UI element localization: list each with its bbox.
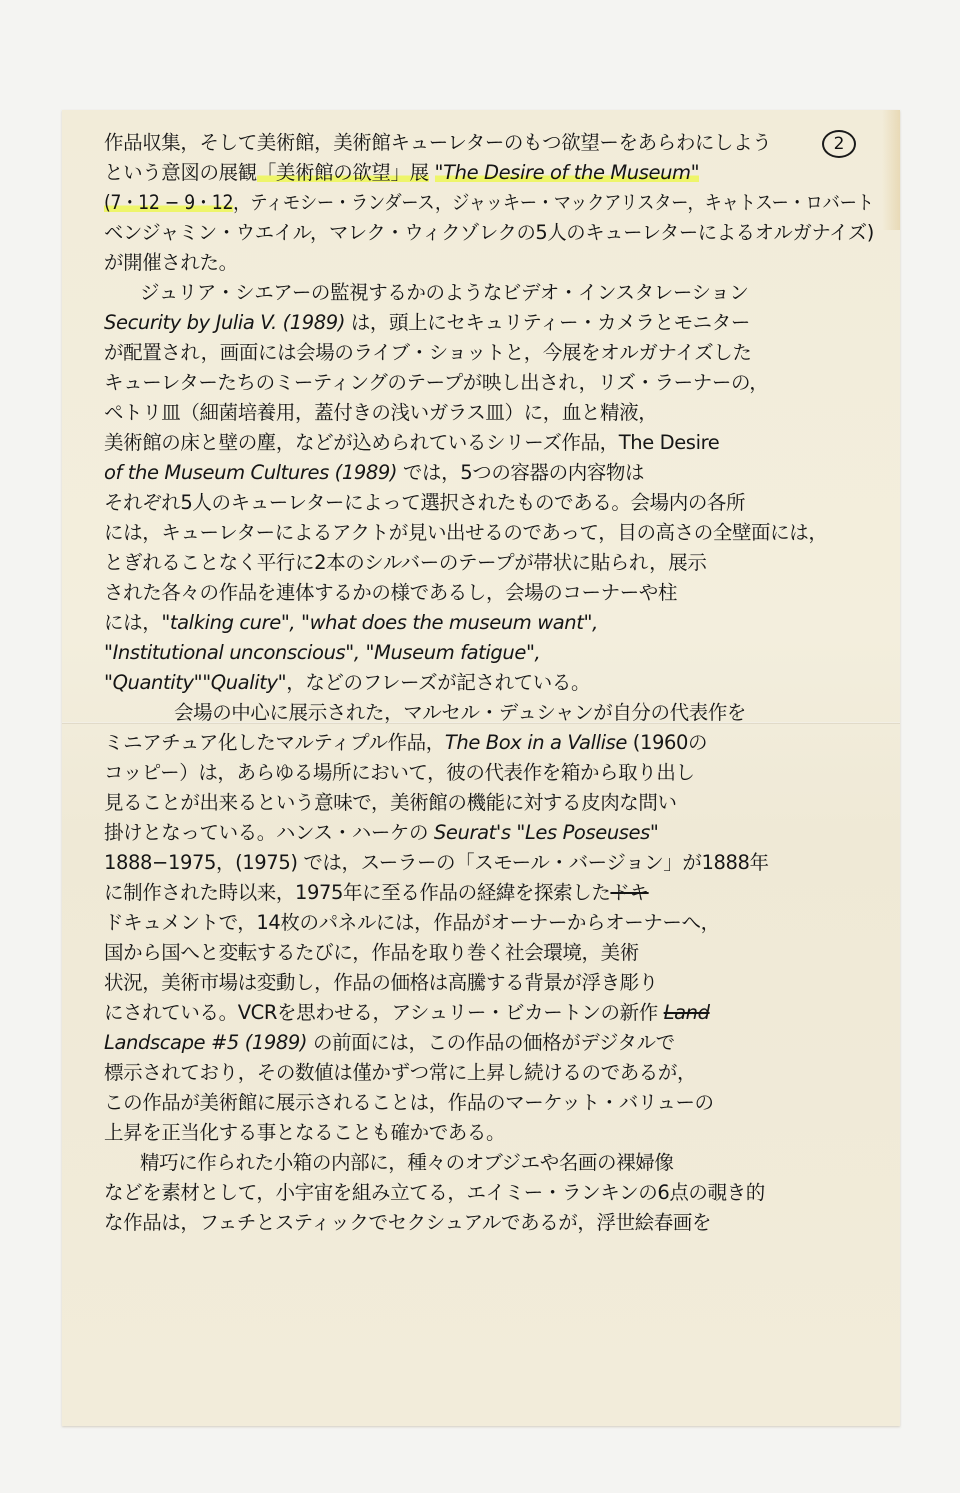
manuscript-line: "Institutional unconscious", "Museum fat… [104, 638, 874, 668]
line-text [429, 161, 435, 184]
manuscript-line: とぎれることなく平行に2本のシルバーのテープが帯状に貼られ，展示 [104, 548, 874, 578]
highlighted-exhibition-title-en: "The Desire of the Museum" [435, 161, 700, 184]
quoted-phrases: "talking cure", "what does the museum wa… [161, 611, 598, 634]
line-text: 会場の中心に展示された，マルセル・デュシャンが自分の代表作を [174, 701, 746, 724]
manuscript-line: ドキュメントで，14枚のパネルには，作品がオーナーからオーナーへ， [104, 908, 874, 938]
manuscript-line: に制作された時以来，1975年に至る作品の経緯を探索したドキ [104, 878, 874, 908]
handwritten-manuscript-page: 2 作品収集，そして美術館，美術館キューレターのもつ欲望ーをあらわにしよう とい… [62, 110, 900, 1426]
manuscript-line: ジュリア・シエアーの監視するかのようなビデオ・インスタレーション [104, 278, 874, 308]
manuscript-line: コッピー）は，あらゆる場所において，彼の代表作を箱から取り出し [104, 758, 874, 788]
line-text: 状況，美術市場は変動し，作品の価格は高騰する背景が浮き彫り [104, 971, 658, 994]
line-text: が配置され，画面には会場のライブ・ショットと，今展をオルガナイズした [104, 341, 751, 364]
line-text: 作品収集，そして美術館，美術館キューレターのもつ欲望ーをあらわにしよう [104, 131, 771, 154]
line-text: 見ることが出来るという意味で，美術館の機能に対する皮肉な問い [104, 791, 677, 814]
line-text: 上昇を正当化する事となることも確かである。 [104, 1121, 505, 1144]
quoted-phrases: "Institutional unconscious", "Museum fat… [104, 641, 540, 664]
line-text: この作品が美術館に展示されることは，作品のマーケット・バリューの [104, 1091, 714, 1114]
manuscript-line: 美術館の床と壁の塵，などが込められているシリーズ作品，The Desire [104, 428, 874, 458]
artwork-title: The Box in a Vallise [445, 731, 627, 754]
manuscript-line: "Quantity""Quality"，などのフレーズが記されている。 [104, 668, 874, 698]
line-text: それぞれ5人のキューレターによって選択されたものである。会場内の各所 [104, 491, 745, 514]
artwork-title: of the Museum Cultures (1989) [104, 461, 397, 484]
line-text: な作品は，フェチとスティックでセクシュアルであるが，浮世絵春画を [104, 1211, 711, 1234]
line-text: ドキュメントで，14枚のパネルには，作品がオーナーからオーナーへ， [104, 911, 720, 934]
line-text: などを素材として，小宇宙を組み立てる，エイミー・ランキンの6点の覗き的 [104, 1181, 765, 1204]
manuscript-line: が開催された。 [104, 248, 874, 278]
manuscript-line: という意図の展観「美術館の欲望」展 "The Desire of the Mus… [104, 158, 874, 188]
manuscript-line: Landscape #5 (1989) の前面には，この作品の価格がデジタルで [104, 1028, 874, 1058]
line-text: 国から国へと変転するたびに，作品を取り巻く社会環境，美術 [104, 941, 639, 964]
manuscript-line: な作品は，フェチとスティックでセクシュアルであるが，浮世絵春画を [104, 1208, 874, 1238]
manuscript-line: 掛けとなっている。ハンス・ハーケの Seurat's "Les Poseuses… [104, 818, 874, 848]
line-text: 1888−1975，(1975) では，スーラーの「スモール・バージョン」が18… [104, 851, 769, 874]
manuscript-line: 会場の中心に展示された，マルセル・デュシャンが自分の代表作を [104, 698, 874, 728]
manuscript-line: 状況，美術市場は変動し，作品の価格は高騰する背景が浮き彫り [104, 968, 874, 998]
manuscript-line: 精巧に作られた小箱の内部に，種々のオブジエや名画の裸婦像 [104, 1148, 874, 1178]
artwork-title: Seurat's "Les Poseuses" [434, 821, 659, 844]
manuscript-body: 作品収集，そして美術館，美術館キューレターのもつ欲望ーをあらわにしよう という意… [104, 128, 874, 1238]
line-text: ，などのフレーズが記されている。 [286, 671, 590, 694]
line-text: が開催された。 [104, 251, 238, 274]
line-text: 掛けとなっている。ハンス・ハーケの [104, 821, 434, 844]
line-text: ミニアチュア化したマルティプル作品， [104, 731, 445, 754]
manuscript-line: にされている。VCRを思わせる，アシュリー・ビカートンの新作 Land [104, 998, 874, 1028]
line-text: ジュリア・シエアーの監視するかのようなビデオ・インスタレーション [140, 281, 748, 304]
line-text: とぎれることなく平行に2本のシルバーのテープが帯状に貼られ，展示 [104, 551, 706, 574]
artwork-title: Landscape #5 (1989) [104, 1031, 307, 1054]
line-text: コッピー）は，あらゆる場所において，彼の代表作を箱から取り出し [104, 761, 695, 784]
line-text: には， [104, 611, 161, 634]
manuscript-line: この作品が美術館に展示されることは，作品のマーケット・バリューの [104, 1088, 874, 1118]
manuscript-line: of the Museum Cultures (1989) では，5つの容器の内… [104, 458, 874, 488]
manuscript-line: が配置され，画面には会場のライブ・ショットと，今展をオルガナイズした [104, 338, 874, 368]
manuscript-line: (7・12 − 9・12，ティモシー・ランダース，ジャッキー・マックアリスター，… [104, 188, 790, 218]
manuscript-line: Security by Julia V. (1989) は，頭上にセキュリティー… [104, 308, 874, 338]
manuscript-line: された各々の作品を連体するかの様であるし，会場のコーナーや柱 [104, 578, 874, 608]
line-text: 標示されており，その数値は僅かずつ常に上昇し続けるのであるが， [104, 1061, 696, 1084]
line-text: キューレターたちのミーティングのテープが映し出され，リズ・ラーナーの， [104, 371, 768, 394]
line-text: ，ティモシー・ランダース，ジャッキー・マックアリスター，キャトスー・ロバート [233, 191, 873, 214]
manuscript-line: 上昇を正当化する事となることも確かである。 [104, 1118, 874, 1148]
highlighted-exhibition-title-ja: 「美術館の欲望」展 [257, 161, 429, 184]
line-text: 美術館の床と壁の塵，などが込められているシリーズ作品，The Desire [104, 431, 719, 454]
struck-out-text: Land [664, 1001, 710, 1024]
manuscript-line: などを素材として，小宇宙を組み立てる，エイミー・ランキンの6点の覗き的 [104, 1178, 874, 1208]
quoted-phrases: "Quantity""Quality" [104, 671, 286, 694]
manuscript-line: 見ることが出来るという意味で，美術館の機能に対する皮肉な問い [104, 788, 874, 818]
manuscript-line: 1888−1975，(1975) では，スーラーの「スモール・バージョン」が18… [104, 848, 874, 878]
line-text: に制作された時以来，1975年に至る作品の経緯を探索した [104, 881, 610, 904]
manuscript-line: 標示されており，その数値は僅かずつ常に上昇し続けるのであるが， [104, 1058, 874, 1088]
line-text: 精巧に作られた小箱の内部に，種々のオブジエや名画の裸婦像 [140, 1151, 673, 1174]
line-text: の前面には，この作品の価格がデジタルで [307, 1031, 675, 1054]
line-text: は，頭上にセキュリティー・カメラとモニター [345, 311, 750, 334]
manuscript-line: には，"talking cure", "what does the museum… [104, 608, 874, 638]
manuscript-line: ベンジャミン・ウエイル，マレク・ウィクゾレクの5人のキューレターによるオルガナイ… [104, 218, 868, 248]
manuscript-line: キューレターたちのミーティングのテープが映し出され，リズ・ラーナーの， [104, 368, 874, 398]
line-text: という意図の展観 [104, 161, 257, 184]
manuscript-line: ミニアチュア化したマルティプル作品，The Box in a Vallise (… [104, 728, 874, 758]
struck-out-text: ドキ [610, 881, 648, 904]
line-text: ベンジャミン・ウエイル，マレク・ウィクゾレクの5人のキューレターによるオルガナイ… [104, 221, 874, 244]
line-text: にされている。VCRを思わせる，アシュリー・ビカートンの新作 [104, 1001, 664, 1024]
highlighted-exhibition-dates: (7・12 − 9・12 [104, 191, 233, 214]
line-text: (1960の [627, 731, 707, 754]
line-text: ペトリ皿（細菌培養用，蓋付きの浅いガラス皿）に，血と精液， [104, 401, 657, 424]
artwork-title: Security by Julia V. (1989) [104, 311, 345, 334]
manuscript-line: 国から国へと変転するたびに，作品を取り巻く社会環境，美術 [104, 938, 874, 968]
line-text: では，5つの容器の内容物は [397, 461, 644, 484]
manuscript-line: 作品収集，そして美術館，美術館キューレターのもつ欲望ーをあらわにしよう [104, 128, 874, 158]
manuscript-line: には，キューレターによるアクトが見い出せるのであって，目の高さの全壁面には， [104, 518, 874, 548]
manuscript-line: それぞれ5人のキューレターによって選択されたものである。会場内の各所 [104, 488, 874, 518]
line-text: には，キューレターによるアクトが見い出せるのであって，目の高さの全壁面には， [104, 521, 827, 544]
line-text: された各々の作品を連体するかの様であるし，会場のコーナーや柱 [104, 581, 677, 604]
manuscript-line: ペトリ皿（細菌培養用，蓋付きの浅いガラス皿）に，血と精液， [104, 398, 874, 428]
